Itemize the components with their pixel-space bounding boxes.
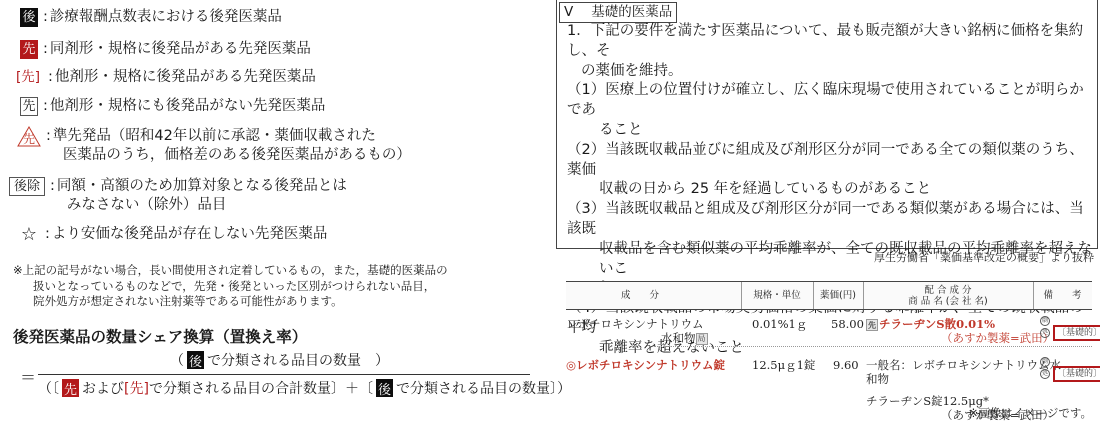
star-icon: ☆ — [18, 225, 40, 244]
requirement-intro: 1．下記の要件を満たす医薬品について、最も販売額が大きい銘柄に価格を集約し、そ — [567, 22, 1092, 62]
legend-item-star: ☆ : より安価な後発品が存在しない先発医薬品 — [0, 225, 327, 244]
legend-text: 準先発品（昭和42年以前に承認・薬価収載された 医薬品のうち，価格差のある後発医… — [53, 127, 411, 165]
legend-text: 同剤形・規格に後発品がある先発医薬品 — [50, 40, 311, 59]
legend-item-generic-excluded: 後除 : 同額・高額のため加算対象となる後発品とは みなさない（除外）品目 — [0, 177, 347, 215]
header-spec: 規格・単位 — [741, 282, 813, 309]
formula-denominator: （〔 先 および [先] で分類される品目の合計数量〕＋〔 後 で分類される品目… — [38, 378, 571, 398]
prescription-mark-icon: 処 — [1040, 369, 1050, 379]
equals-sign: ＝ — [20, 365, 36, 388]
legend-text: 同額・高額のため加算対象となる後発品とは みなさない（除外）品目 — [57, 177, 347, 215]
row1-spec: 0.01%1ｇ — [752, 317, 807, 331]
legend-text: 診療報酬点数表における後発医薬品 — [50, 8, 282, 27]
basic-drug-tag: 〔基礎的〕 — [1053, 366, 1100, 382]
table-header: 成 分 規格・単位 薬価(円) 配 合 成 分 商 品 名 (会 社 名) 備 … — [566, 281, 1092, 310]
generic-chip-icon: 後 — [376, 379, 393, 397]
requirement-1: （1）医療上の位置付けが確立し、広く臨床現場で使用されていることが明らかであ — [567, 81, 1092, 121]
row2-price: 9.60 — [833, 358, 859, 372]
powerful-drug-mark-icon: 劇 — [1040, 316, 1050, 326]
prescription-mark-icon: 処 — [1040, 328, 1050, 338]
row2-spec: 12.5μｇ1錠 — [752, 358, 815, 372]
row1-remark-marks: 劇 処 — [1040, 316, 1050, 338]
row1-ingredient: レボチロキシンナトリウム — [566, 317, 703, 331]
powerful-drug-mark-icon: 劇 — [1040, 357, 1050, 367]
legend-item-generic: 後 : 診療報酬点数表における後発医薬品 — [0, 8, 282, 27]
header-remarks: 備 考 — [1033, 282, 1092, 309]
requirement-2: （2）当該既収載品並びに組成及び剤形区分が同一である全ての類似薬のうち、薬価 — [567, 141, 1092, 181]
formula-numerator: （ 後 で分類される品目の数量 ） — [170, 350, 389, 370]
row1-price: 58.00 — [831, 317, 864, 331]
source-citation: 厚生労働省「薬価基準改定の概要」より抜粋 — [874, 249, 1094, 265]
legend-text: 他剤形・規格にも後発品がない先発医薬品 — [50, 97, 326, 116]
brand-bracket-symbol-icon: [先] — [13, 68, 43, 87]
row1-ingredient-line2: 水和物局 — [661, 331, 709, 345]
row2-generic-name-line2: 和物 — [866, 372, 889, 386]
brand-outline-symbol-icon: 先 — [20, 97, 38, 116]
basic-drugs-box: V基礎的医薬品 1．下記の要件を満たす医薬品について、最も販売額が大きい銘柄に価… — [556, 0, 1098, 249]
generic-chip-icon: 後 — [187, 351, 204, 369]
basic-drugs-heading: V基礎的医薬品 — [559, 2, 677, 23]
basic-drug-tag: 〔基礎的〕 — [1053, 325, 1100, 341]
row2-ingredient: ◎レボチロキシンナトリウム錠 — [566, 358, 725, 372]
header-composition: 配 合 成 分 商 品 名 (会 社 名) — [863, 282, 1033, 309]
row2-remark-marks: 劇 処 — [1040, 357, 1050, 379]
row1-product: 先チラーヂンS散0.01% — [866, 317, 995, 331]
generic-excluded-symbol-icon: 後除 — [9, 177, 45, 196]
quasi-brand-triangle-icon: 先 — [17, 127, 41, 146]
legend-footnote: ※上記の記号がない場合，長い間使用され定着しているもの，また，基礎的医薬品の 扱… — [13, 263, 448, 310]
share-formula-title: 後発医薬品の数量シェア換算（置換え率） — [13, 325, 307, 347]
legend-item-brand-other-form: [先] : 他剤形・規格に後発品がある先発医薬品 — [0, 68, 316, 87]
generic-symbol-icon: 後 — [20, 8, 38, 27]
fraction-line — [38, 374, 530, 375]
image-disclaimer: ※画像はイメージです。 — [969, 405, 1092, 421]
share-formula: （ 後 で分類される品目の数量 ） ＝ （〔 先 および [先] で分類される品… — [0, 350, 540, 410]
legend-text: 他剤形・規格に後発品がある先発医薬品 — [55, 68, 316, 87]
legend-item-quasi-brand: 先 : 準先発品（昭和42年以前に承認・薬価収載された 医薬品のうち，価格差のあ… — [0, 127, 411, 165]
header-price: 薬価(円) — [813, 282, 863, 309]
legend-item-brand-no-generic: 先 : 他剤形・規格にも後発品がない先発医薬品 — [0, 97, 325, 116]
requirement-3: （3）当該既収載品と組成及び剤形区分が同一である類似薬がある場合には、当該既 — [567, 200, 1092, 240]
legend-item-brand-same-form: 先 : 同剤形・規格に後発品がある先発医薬品 — [0, 40, 311, 59]
brand-badge-icon: 先 — [866, 319, 878, 331]
brand-red-symbol-icon: 先 — [20, 40, 38, 59]
header-ingredient: 成 分 — [566, 282, 714, 309]
brand-red-chip-icon: 先 — [62, 379, 79, 397]
brand-bracket-chip-icon: [先] — [124, 378, 149, 398]
row1-company: （あすか製薬=武田） — [941, 331, 1054, 345]
row2-generic-name: 一般名：レボチロキシンナトリウム水 — [866, 358, 1061, 372]
pharmacopoeia-badge-icon: 局 — [696, 333, 708, 345]
legend-text: より安価な後発品が存在しない先発医薬品 — [52, 225, 328, 244]
